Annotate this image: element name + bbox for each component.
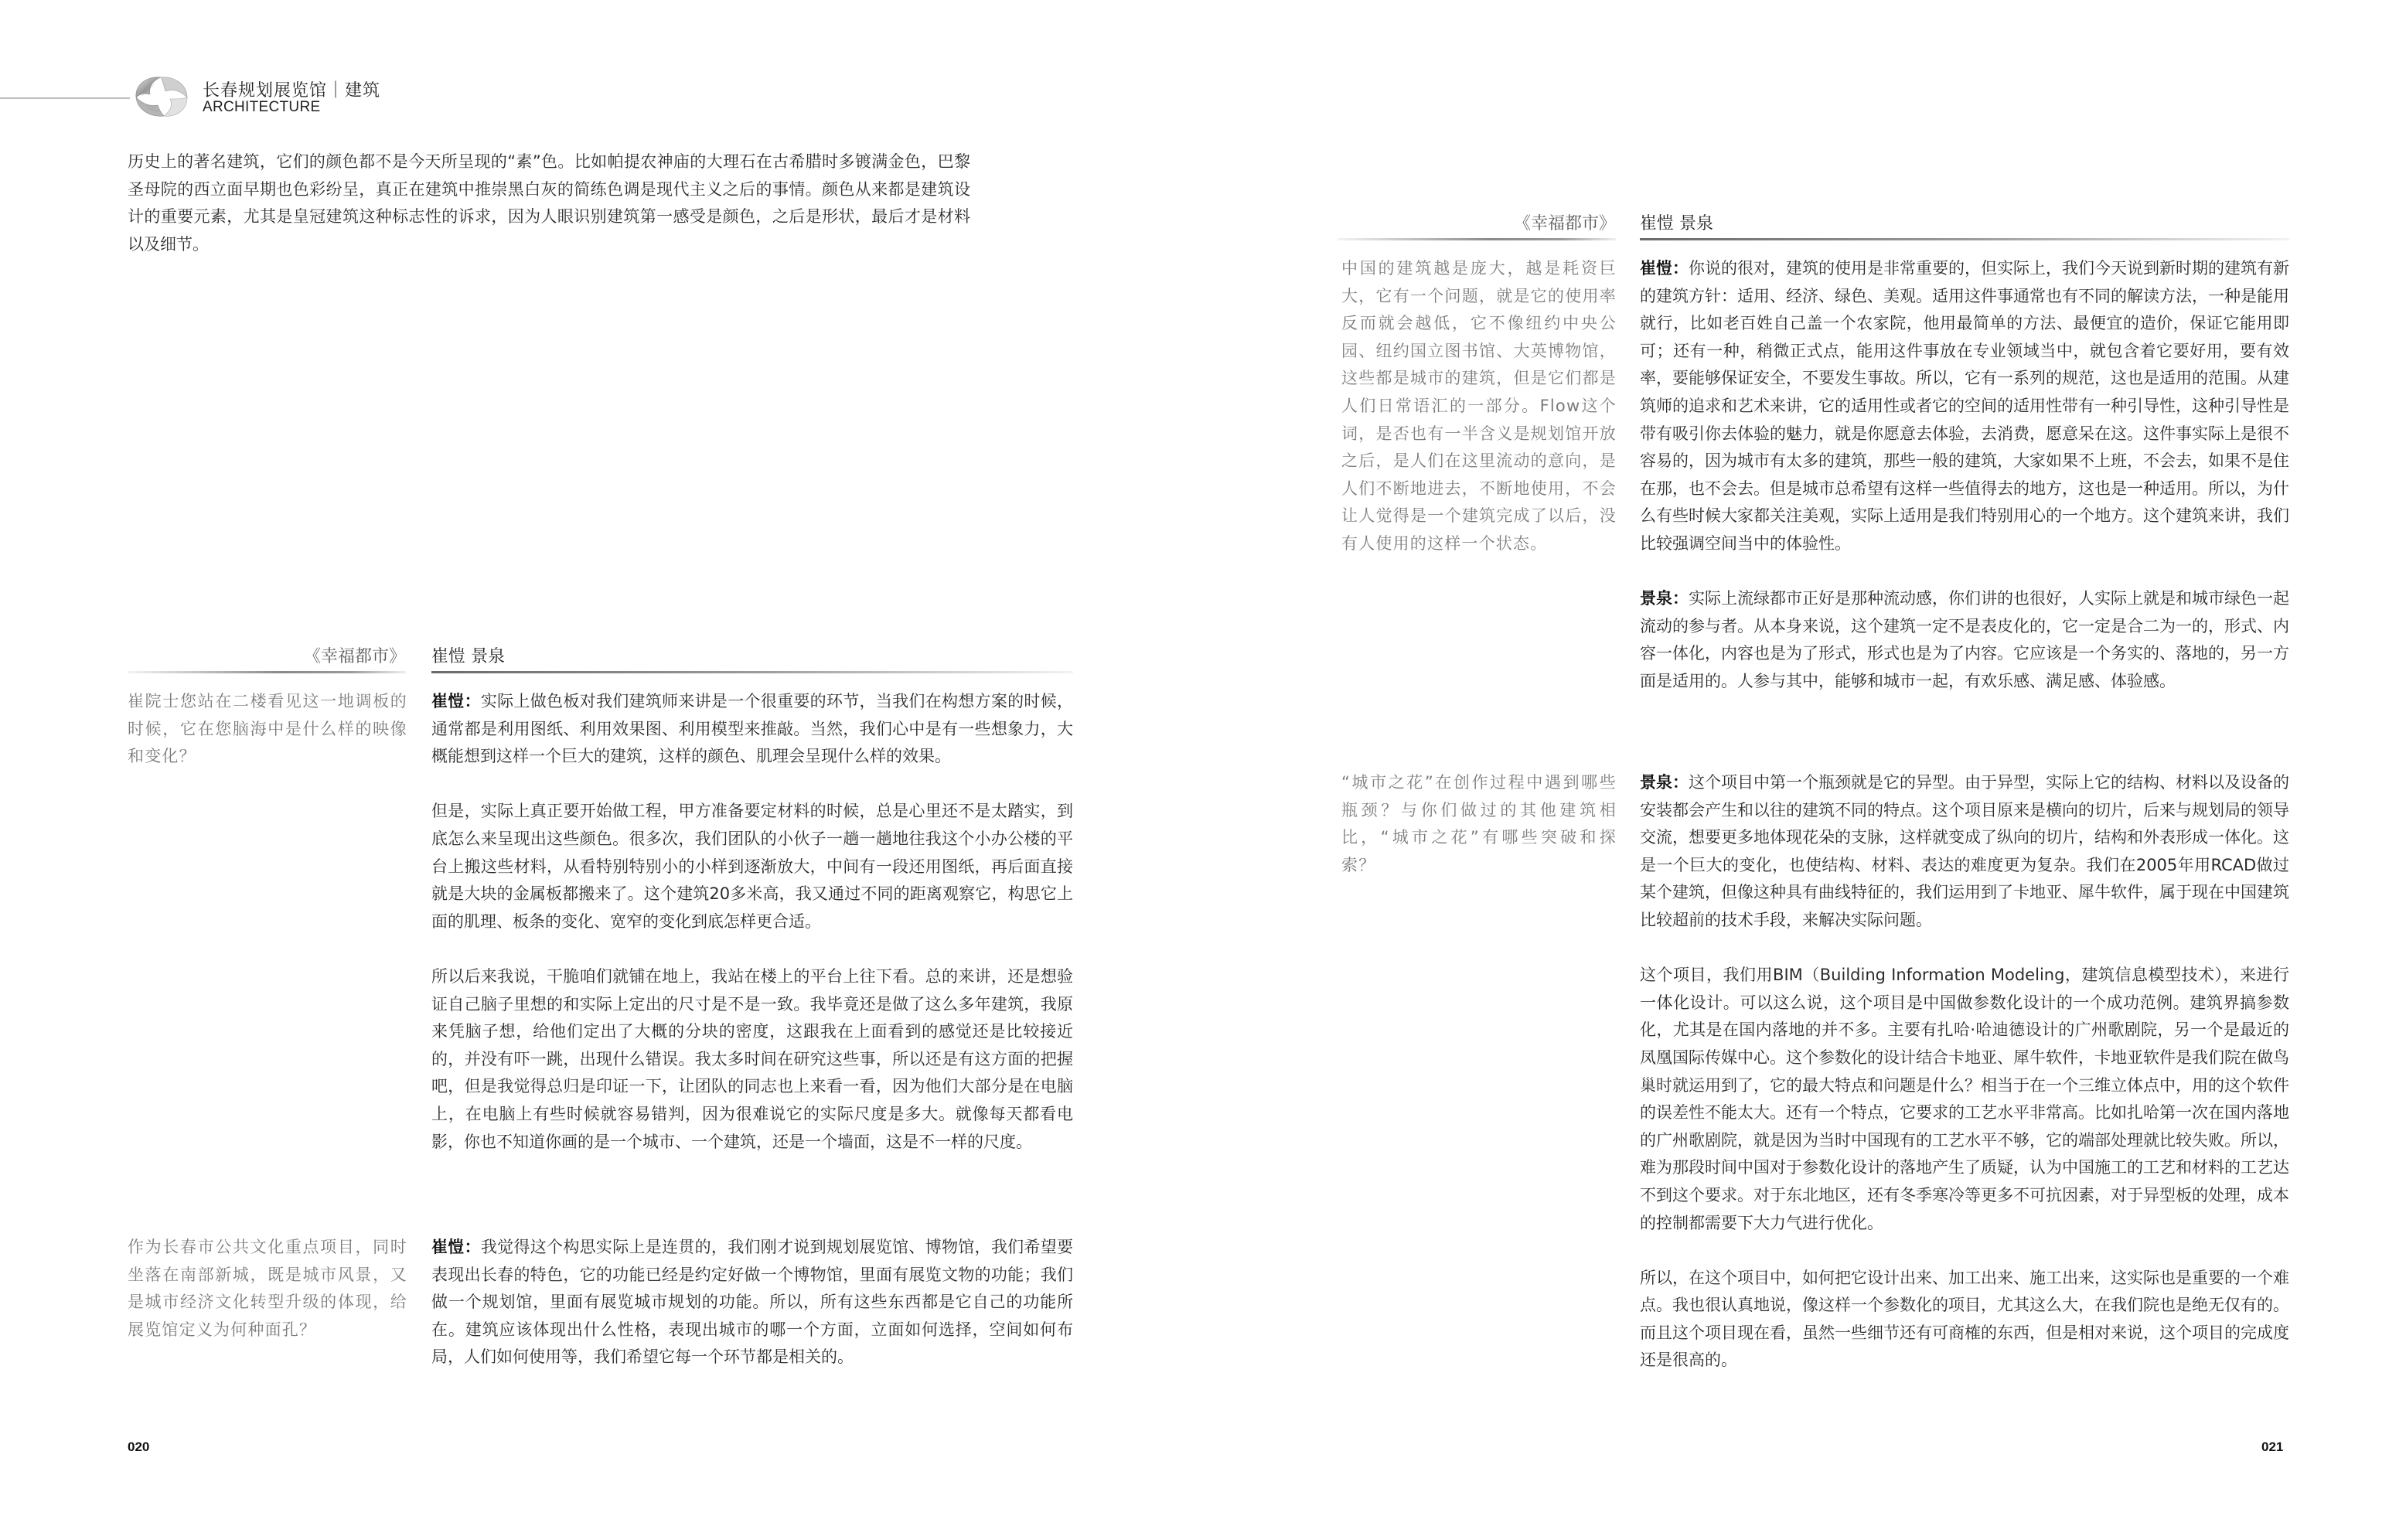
answer-paragraph: 崔愷：你说的很对，建筑的使用是非常重要的，但实际上，我们今天说到新时期的建筑有新… — [1640, 255, 2289, 558]
speaker-label: 崔愷： — [431, 1238, 481, 1256]
page-number-right: 021 — [2261, 1439, 2283, 1455]
speaker-label: 崔愷： — [431, 692, 481, 710]
right-section-source: 《幸福都市》 — [1338, 210, 1616, 234]
right-main-rule — [1640, 238, 2289, 240]
right-question-1: 中国的建筑越是庞大，越是耗资巨大，它有一个问题，就是它的使用率反而就会越低，它不… — [1341, 255, 1617, 558]
left-answer-2: 崔愷：我觉得这个构思实际上是连贯的，我们刚才说到规划展览馆、博物馆，我们希望要表… — [431, 1234, 1073, 1371]
answer-paragraph: 景泉：实际上流绿都市正好是那种流动感，你们讲的也很好，人实际上就是和城市绿色一起… — [1640, 585, 2289, 695]
answer-paragraph: 所以后来我说，干脆咱们就铺在地上，我站在楼上的平台上往下看。总的来讲，还是想验证… — [431, 963, 1073, 1156]
answer-paragraph: 崔愷：实际上做色板对我们建筑师来讲是一个很重要的环节，当我们在构想方案的时候，通… — [431, 688, 1073, 771]
answer-paragraph: 景泉：这个项目中第一个瓶颈就是它的异型。由于异型，实际上它的结构、材料以及设备的… — [1640, 769, 2289, 935]
right-section-authors: 崔愷 景泉 — [1640, 210, 1713, 234]
speaker-label: 景泉： — [1640, 773, 1689, 792]
right-side-rule — [1338, 238, 1616, 240]
swirl-logo-icon — [130, 71, 192, 121]
page-number-left: 020 — [128, 1439, 149, 1455]
left-main-rule — [431, 671, 1073, 673]
answer-paragraph: 但是，实际上真正要开始做工程，甲方准备要定材料的时候，总是心里还不是太踏实，到底… — [431, 798, 1073, 935]
answer-paragraph: 崔愷：我觉得这个构思实际上是连贯的，我们刚才说到规划展览馆、博物馆，我们希望要表… — [431, 1234, 1073, 1371]
right-answer-1: 崔愷：你说的很对，建筑的使用是非常重要的，但实际上，我们今天说到新时期的建筑有新… — [1640, 255, 2289, 696]
answer-paragraph: 这个项目，我们用BIM（Building Information Modelin… — [1640, 962, 2289, 1237]
speaker-label: 崔愷： — [1640, 259, 1689, 278]
running-header-subtitle: ARCHITECTURE — [203, 99, 320, 116]
left-section-authors: 崔愷 景泉 — [431, 643, 505, 667]
running-header-title: 长春规划展览馆｜建筑 — [203, 77, 380, 101]
right-question-2: “城市之花”在创作过程中遇到哪些瓶颈？与你们做过的其他建筑相比，“城市之花”有哪… — [1341, 769, 1617, 879]
left-side-rule — [128, 671, 406, 673]
left-answer-1: 崔愷：实际上做色板对我们建筑师来讲是一个很重要的环节，当我们在构想方案的时候，通… — [431, 688, 1073, 1156]
left-section-source: 《幸福都市》 — [128, 643, 406, 667]
header-rule — [0, 97, 130, 99]
speaker-label: 景泉： — [1640, 589, 1689, 608]
intro-paragraph: 历史上的著名建筑，它们的颜色都不是今天所呈现的“素”色。比如帕提农神庙的大理石在… — [128, 148, 970, 258]
right-answer-2: 景泉：这个项目中第一个瓶颈就是它的异型。由于异型，实际上它的结构、材料以及设备的… — [1640, 769, 2289, 1375]
left-question-1: 崔院士您站在二楼看见这一地调板的时候，它在您脑海中是什么样的映像和变化？ — [128, 688, 407, 771]
answer-paragraph: 所以，在这个项目中，如何把它设计出来、加工出来、施工出来，这实际也是重要的一个难… — [1640, 1265, 2289, 1375]
left-question-2: 作为长春市公共文化重点项目，同时坐落在南部新城，既是城市风景，又是城市经济文化转… — [128, 1234, 407, 1344]
